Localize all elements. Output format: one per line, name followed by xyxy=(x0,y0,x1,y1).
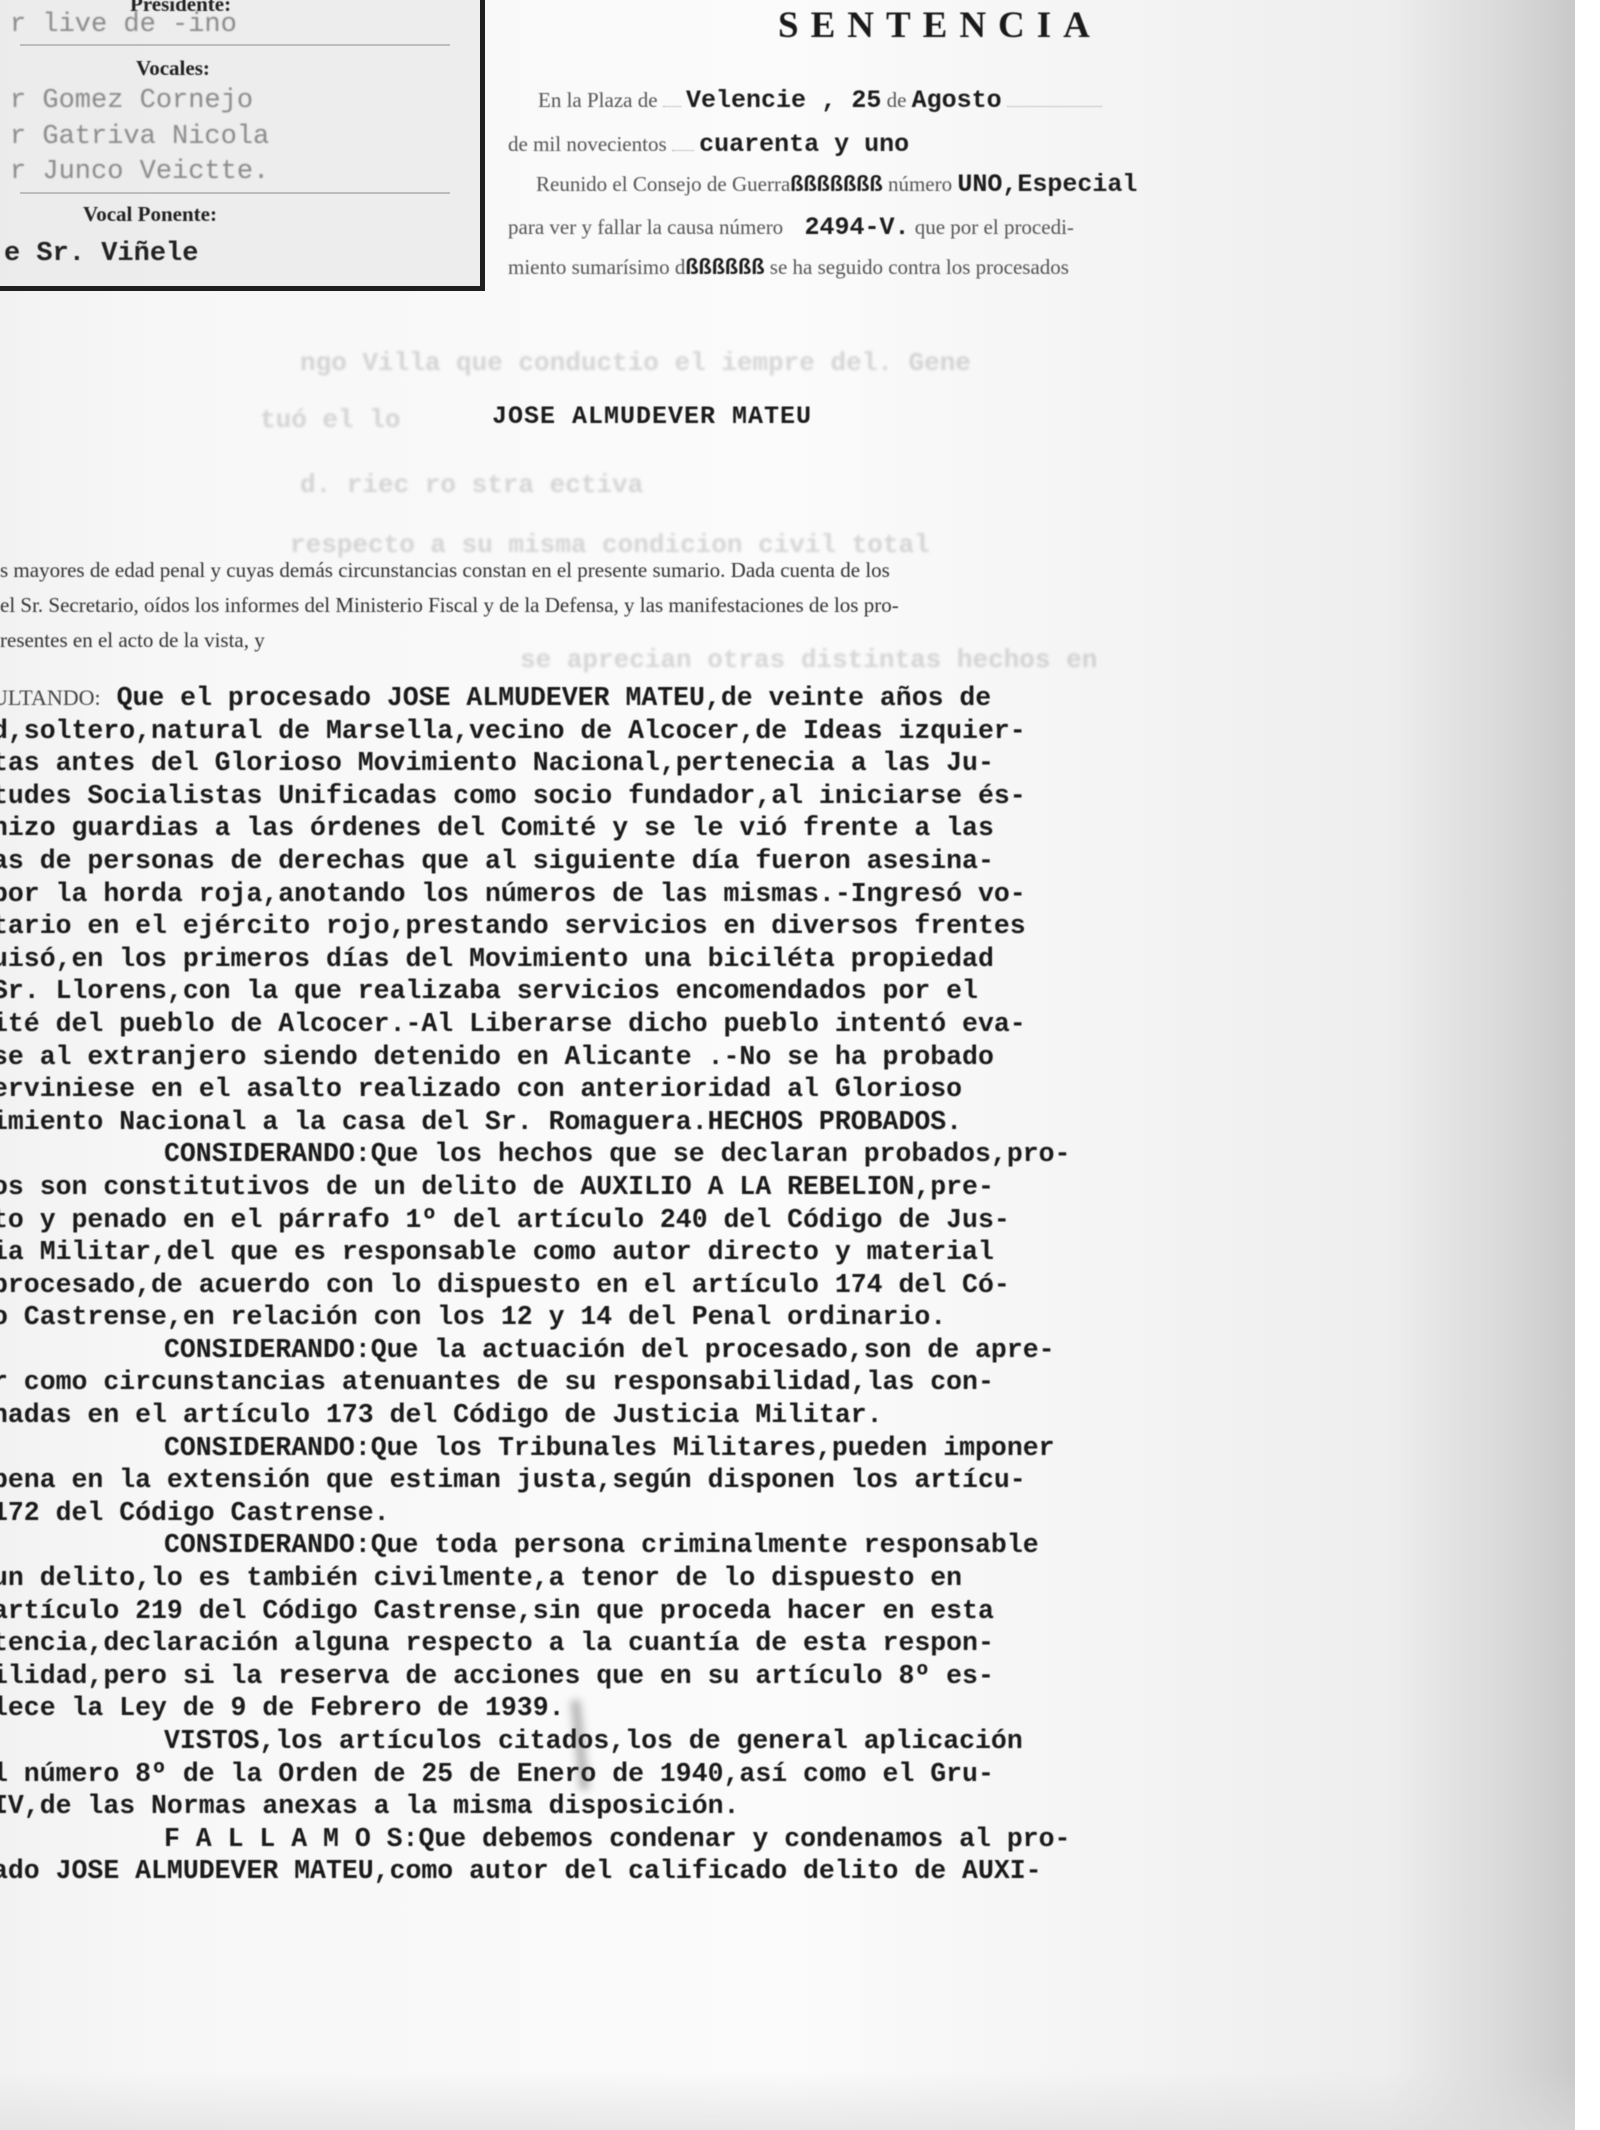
year-value: cuarenta y uno xyxy=(699,130,909,159)
body-line: ité del pueblo de Alcocer.-Al Liberarse … xyxy=(0,1008,1512,1041)
procedimiento-suffix: se ha seguido contra los procesados xyxy=(770,255,1069,279)
body-line-text: nadas en el artículo 173 del Código de J… xyxy=(0,1400,883,1430)
body-line-text: d,soltero,natural de Marsella,vecino de … xyxy=(0,716,1026,746)
procedimiento-prefix: miento sumarísimo d xyxy=(508,255,685,279)
body-line: hizo guardias a las órdenes del Comité y… xyxy=(0,812,1512,845)
body-line-text: F A L L A M O S:Que debemos condenar y c… xyxy=(164,1824,1070,1854)
sentence-body: ULTANDO: Que el procesado JOSE ALMUDEVER… xyxy=(0,682,1512,1888)
body-line-text: erviniese en el asalto realizado con ant… xyxy=(0,1074,962,1104)
body-line-text: tario en el ejército rojo,prestando serv… xyxy=(0,911,1026,941)
vocal-name: r Gomez Cornejo xyxy=(10,86,253,116)
body-line-text: hizo guardias a las órdenes del Comité y… xyxy=(0,813,994,843)
body-line-text: se al extranjero siendo detenido en Alic… xyxy=(0,1042,994,1072)
body-line-text: pena en la extensión que estiman justa,s… xyxy=(0,1465,1026,1495)
vocal-name: r Junco Veictte. xyxy=(10,157,269,187)
day-value: , 25 xyxy=(821,86,881,115)
causa-suffix: que por el procedi- xyxy=(915,215,1074,239)
preamble-line: resentes en el acto de la vista, y xyxy=(0,628,265,653)
bleed-through-text: tuó el lo xyxy=(260,405,400,435)
body-line-text: o Castrense,en relación con los 12 y 14 … xyxy=(0,1302,946,1332)
body-line-text: lece la Ley de 9 de Febrero de 1939. xyxy=(0,1693,565,1723)
form-line-procedimiento: miento sumarísimo dßßßßßß se ha seguido … xyxy=(508,255,1069,281)
body-line-text: r como circunstancias atenuantes de su r… xyxy=(0,1367,994,1397)
body-line-text: artículo 219 del Código Castrense,sin qu… xyxy=(0,1596,994,1626)
body-line: pena en la extensión que estiman justa,s… xyxy=(0,1464,1512,1497)
body-line: artículo 219 del Código Castrense,sin qu… xyxy=(0,1595,1512,1628)
body-line: lece la Ley de 9 de Febrero de 1939. xyxy=(0,1692,1512,1725)
struck-out-text: ßßßßßßß xyxy=(790,173,882,198)
body-line-text: Sr. Llorens,con la que realizaba servici… xyxy=(0,976,978,1006)
body-line-text: tudes Socialistas Unificadas como socio … xyxy=(0,781,1026,811)
body-line-text: CONSIDERANDO:Que toda persona criminalme… xyxy=(164,1530,1039,1560)
plaza-value: Velencie xyxy=(686,86,806,115)
body-line-text: imiento Nacional a la casa del Sr. Romag… xyxy=(0,1107,962,1137)
body-line: imiento Nacional a la casa del Sr. Romag… xyxy=(0,1106,1512,1139)
document-title: SENTENCIA xyxy=(778,4,1102,47)
divider xyxy=(20,44,450,46)
body-line-text: por la horda roja,anotando los números d… xyxy=(0,879,1026,909)
body-line: un delito,lo es también civilmente,a ten… xyxy=(0,1562,1512,1595)
body-line-text: ité del pueblo de Alcocer.-Al Liberarse … xyxy=(0,1009,1026,1039)
body-line: ia Militar,del que es responsable como a… xyxy=(0,1236,1512,1269)
body-line: o Castrense,en relación con los 12 y 14 … xyxy=(0,1301,1512,1334)
bleed-through-text: ngo Villa que conductio el iempre del. G… xyxy=(300,348,971,378)
body-line: erviniese en el asalto realizado con ant… xyxy=(0,1073,1512,1106)
body-line: ilidad,pero si la reserva de acciones qu… xyxy=(0,1660,1512,1693)
body-line: F A L L A M O S:Que debemos condenar y c… xyxy=(0,1823,1512,1856)
body-line: CONSIDERANDO:Que toda persona criminalme… xyxy=(0,1529,1512,1562)
body-line: nadas en el artículo 173 del Código de J… xyxy=(0,1399,1512,1432)
scanned-document-page: ngo Villa que conductio el iempre del. G… xyxy=(0,0,1575,2130)
causa-prefix: para ver y fallar la causa número xyxy=(508,215,783,239)
body-line-text: uisó,en los primeros días del Movimiento… xyxy=(0,944,994,974)
form-line-plaza: En la Plaza de Velencie , 25 de Agosto xyxy=(538,86,1102,115)
body-line-text: IV,de las Normas anexas a la misma dispo… xyxy=(0,1791,739,1821)
bleed-through-text: d. riec ro stra ectiva xyxy=(300,470,643,500)
body-line: l número 8º de la Orden de 25 de Enero d… xyxy=(0,1758,1512,1791)
struck-out-text: ßßßßßß xyxy=(685,256,764,281)
divider xyxy=(20,192,450,194)
body-line: por la horda roja,anotando los números d… xyxy=(0,878,1512,911)
body-line: ULTANDO: Que el procesado JOSE ALMUDEVER… xyxy=(0,682,1512,715)
body-line-text: un delito,lo es también civilmente,a ten… xyxy=(0,1563,962,1593)
preamble-line: el Sr. Secretario, oídos los informes de… xyxy=(0,593,899,618)
body-line: IV,de las Normas anexas a la misma dispo… xyxy=(0,1790,1512,1823)
bleed-through-text: respecto a su misma condicion civil tota… xyxy=(290,530,930,560)
body-line: CONSIDERANDO:Que la actuación del proces… xyxy=(0,1334,1512,1367)
body-line: Sr. Llorens,con la que realizaba servici… xyxy=(0,975,1512,1008)
year-label: de mil novecientos xyxy=(508,132,667,156)
consejo-prefix: Reunido el Consejo de Guerra xyxy=(536,172,790,196)
body-line-text: l número 8º de la Orden de 25 de Enero d… xyxy=(0,1759,994,1789)
body-line: se al extranjero siendo detenido en Alic… xyxy=(0,1041,1512,1074)
body-line-text: CONSIDERANDO:Que los Tribunales Militare… xyxy=(164,1433,1055,1463)
body-line: r como circunstancias atenuantes de su r… xyxy=(0,1366,1512,1399)
body-line: 172 del Código Castrense. xyxy=(0,1497,1512,1530)
body-line-text: Que el procesado JOSE ALMUDEVER MATEU,de… xyxy=(117,683,992,713)
preamble-line: s mayores de edad penal y cuyas demás ci… xyxy=(0,558,890,583)
body-line-text: to y penado en el párrafo 1º del artícul… xyxy=(0,1205,1010,1235)
body-line: tas antes del Glorioso Movimiento Nacion… xyxy=(0,747,1512,780)
body-line: CONSIDERANDO:Que los hechos que se decla… xyxy=(0,1138,1512,1171)
body-line-text: tas antes del Glorioso Movimiento Nacion… xyxy=(0,748,994,778)
body-line-text: procesado,de acuerdo con lo dispuesto en… xyxy=(0,1270,1010,1300)
body-line-text: ilidad,pero si la reserva de acciones qu… xyxy=(0,1661,994,1691)
body-line: os son constitutivos de un delito de AUX… xyxy=(0,1171,1512,1204)
form-line-consejo: Reunido el Consejo de Guerraßßßßßßß núme… xyxy=(536,170,1137,199)
vocal-ponente-name: e Sr. Viñele xyxy=(4,239,198,269)
body-line-text: CONSIDERANDO:Que los hechos que se decla… xyxy=(164,1139,1070,1169)
body-line-text: ia Militar,del que es responsable como a… xyxy=(0,1237,994,1267)
body-line-text: ado JOSE ALMUDEVER MATEU,como autor del … xyxy=(0,1856,1042,1886)
body-line: uisó,en los primeros días del Movimiento… xyxy=(0,943,1512,976)
form-line-causa: para ver y fallar la causa número 2494-V… xyxy=(508,213,1074,242)
resultando-label: ULTANDO: xyxy=(0,685,101,710)
de-label: de xyxy=(887,88,907,112)
consejo-numero-label: número xyxy=(888,172,952,196)
plaza-label: En la Plaza de xyxy=(538,88,658,112)
body-line-text: VISTOS,los artículos citados,los de gene… xyxy=(164,1726,1023,1756)
body-line: d,soltero,natural de Marsella,vecino de … xyxy=(0,715,1512,748)
vocal-ponente-label: Vocal Ponente: xyxy=(83,202,217,227)
body-line-text: as de personas de derechas que al siguie… xyxy=(0,846,994,876)
vocal-name: r Gatriva Nicola xyxy=(10,122,269,152)
body-line: as de personas de derechas que al siguie… xyxy=(0,845,1512,878)
body-line-text: CONSIDERANDO:Que la actuación del proces… xyxy=(164,1335,1055,1365)
body-line: tencia,declaración alguna respecto a la … xyxy=(0,1627,1512,1660)
body-line-text: 172 del Código Castrense. xyxy=(0,1498,390,1528)
body-line-text: os son constitutivos de un delito de AUX… xyxy=(0,1172,994,1202)
body-line: tario en el ejército rojo,prestando serv… xyxy=(0,910,1512,943)
body-line: tudes Socialistas Unificadas como socio … xyxy=(0,780,1512,813)
body-line: CONSIDERANDO:Que los Tribunales Militare… xyxy=(0,1432,1512,1465)
body-line: to y penado en el párrafo 1º del artícul… xyxy=(0,1204,1512,1237)
body-line-text: tencia,declaración alguna respecto a la … xyxy=(0,1628,994,1658)
vocales-label: Vocales: xyxy=(136,56,210,81)
consejo-value: UNO,Especial xyxy=(957,170,1137,199)
form-line-year: de mil novecientos cuarenta y uno xyxy=(508,130,909,159)
tribunal-members-box: Presidente: r live de -ino Vocales: r Go… xyxy=(0,0,485,291)
month-value: Agosto xyxy=(912,86,1002,115)
accused-name: JOSE ALMUDEVER MATEU xyxy=(492,402,812,431)
bleed-through-text: se aprecian otras distintas hechos en xyxy=(520,645,1097,675)
causa-number: 2494-V. xyxy=(804,213,909,242)
body-line: VISTOS,los artículos citados,los de gene… xyxy=(0,1725,1512,1758)
body-line: ado JOSE ALMUDEVER MATEU,como autor del … xyxy=(0,1855,1512,1888)
body-line: procesado,de acuerdo con lo dispuesto en… xyxy=(0,1269,1512,1302)
presidente-name: r live de -ino xyxy=(10,10,237,40)
